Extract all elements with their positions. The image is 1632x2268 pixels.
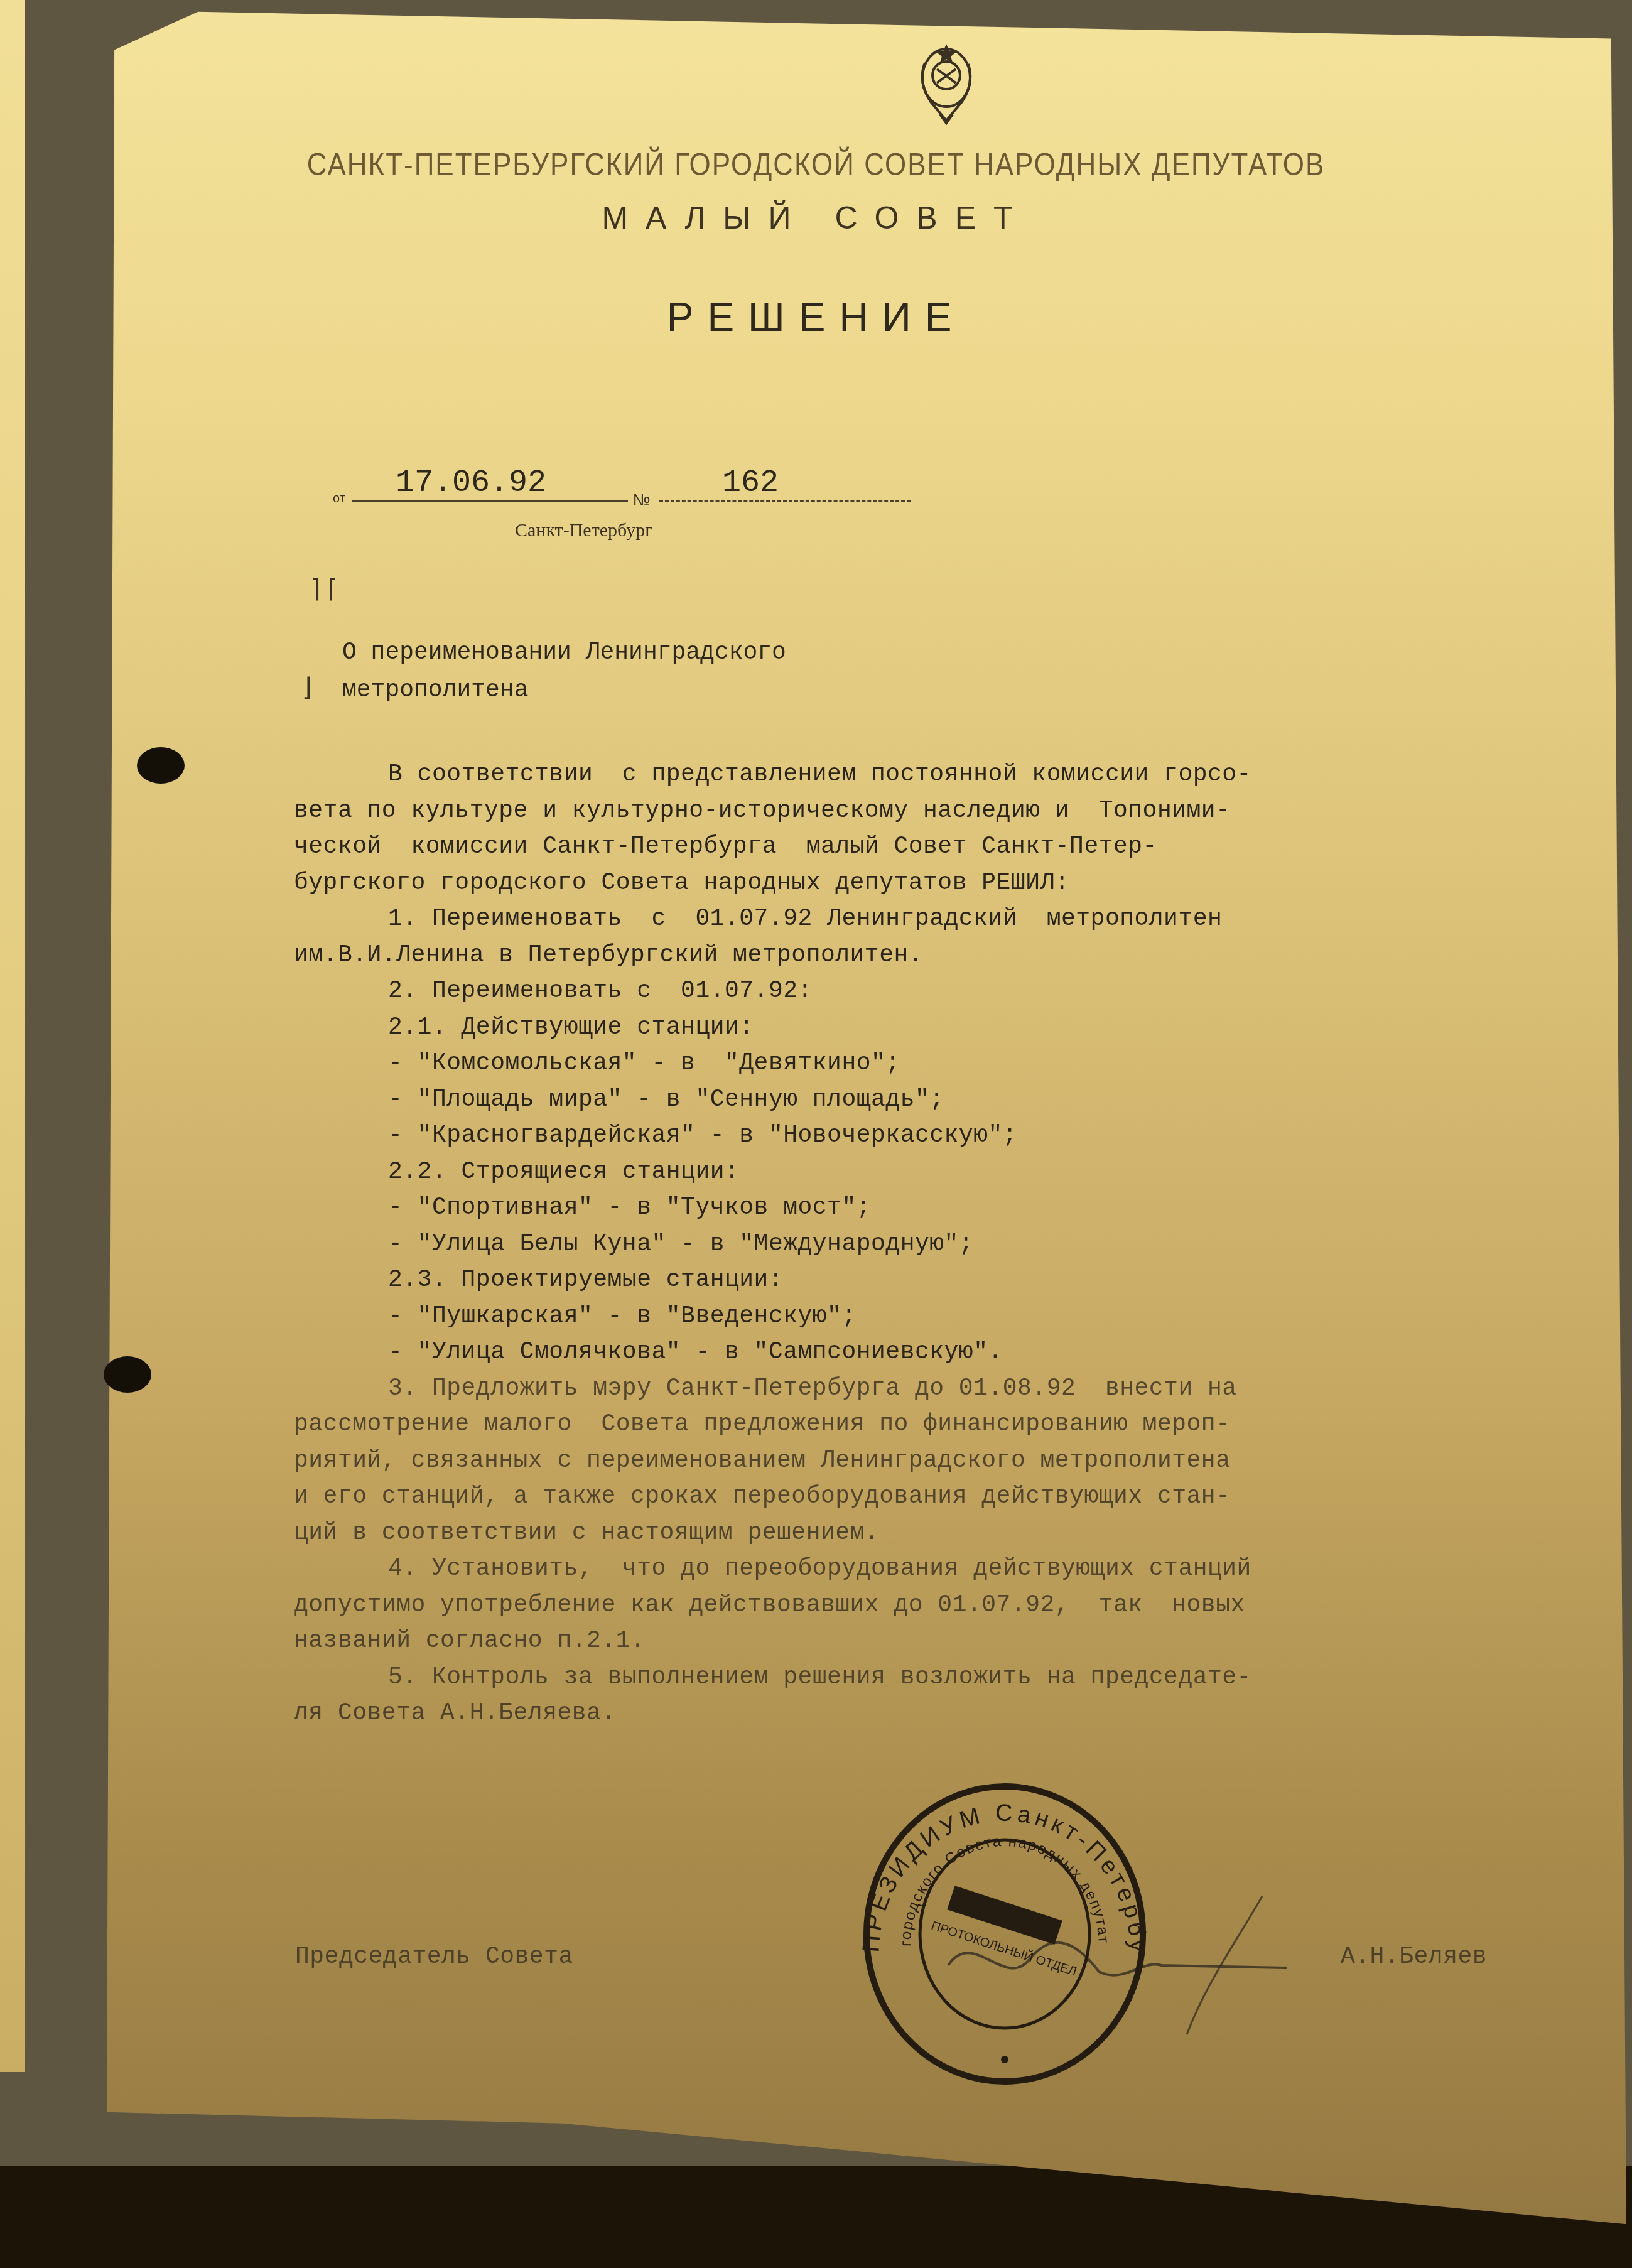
body-line: - "Комсомольская" - в "Девяткино"; — [388, 1050, 900, 1077]
council-name: МАЛЫЙ СОВЕТ — [0, 200, 1632, 236]
body-line: вета по культуре и культурно-историческо… — [294, 797, 1230, 824]
body-line: - "Спортивная" - в "Тучков мост"; — [388, 1194, 871, 1221]
body-line: В соответствии с представлением постоянн… — [388, 761, 1251, 788]
body-line: названий согласно п.2.1. — [294, 1628, 645, 1655]
signatory-name: А.Н.Беляев — [1341, 1943, 1487, 1970]
body-line: бургского городского Совета народных деп… — [294, 870, 1069, 897]
body-line: 4. Установить, что до переоборудования д… — [388, 1555, 1251, 1582]
body-line: - "Площадь мира" - в "Сенную площадь"; — [388, 1086, 944, 1113]
date-number-row: от 17.06.92 № 162 — [333, 462, 898, 512]
signatory-title: Председатель Совета — [295, 1943, 573, 1970]
document-title: РЕШЕНИЕ — [0, 294, 1632, 340]
body-line: им.В.И.Ленина в Петербургский метрополит… — [294, 942, 923, 969]
body-line: ля Совета А.Н.Беляева. — [294, 1700, 616, 1727]
decision-date: 17.06.92 — [396, 465, 546, 501]
corner-mark-top: ⌉⌈ — [309, 575, 339, 605]
coat-of-arms-icon — [912, 39, 981, 127]
body-line: ций в соответствии с настоящим решением. — [294, 1520, 879, 1547]
body-line: - "Пушкарская" - в "Введенскую"; — [388, 1303, 857, 1330]
number-label: № — [633, 490, 651, 510]
corner-mark-bottom: ⌋ — [300, 673, 315, 704]
organization-name: САНКТ-ПЕТЕРБУРГСКИЙ ГОРОДСКОЙ СОВЕТ НАРО… — [0, 147, 1632, 183]
decision-number: 162 — [722, 465, 779, 501]
subject-line-1: О переименовании Ленинградского — [342, 639, 786, 666]
subject-line-2: метрополитена — [342, 677, 528, 704]
city-name: Санкт-Петербург — [515, 520, 653, 541]
official-seal-stamp: ПРЕЗИДИУМ Санкт-Петербургского городског… — [841, 1764, 1168, 2091]
body-line: 2.2. Строящиеся станции: — [388, 1158, 739, 1185]
punch-hole — [137, 747, 185, 784]
punch-hole — [104, 1356, 151, 1393]
body-line: допустимо употребление как действовавших… — [294, 1592, 1245, 1619]
body-line: ческой комиссии Санкт-Петербурга малый С… — [294, 833, 1157, 860]
body-line: 1. Переименовать с 01.07.92 Ленинградски… — [388, 905, 1222, 932]
body-line: рассмотрение малого Совета предложения п… — [294, 1411, 1230, 1438]
body-line: 2.1. Действующие станции: — [388, 1014, 754, 1041]
number-underline — [659, 500, 911, 502]
body-line: 5. Контроль за выполнением решения возло… — [388, 1664, 1251, 1691]
body-line: 2.3. Проектируемые станции: — [388, 1266, 783, 1293]
body-line: и его станций, а также сроках переоборуд… — [294, 1483, 1230, 1510]
body-line: - "Красногвардейская" - в "Новочеркасску… — [388, 1122, 1017, 1149]
body-line: 2. Переименовать с 01.07.92: — [388, 978, 813, 1005]
date-label: от — [333, 492, 345, 506]
body-line: риятий, связанных с переименованием Лени… — [294, 1447, 1230, 1474]
body-line: - "Улица Смолячкова" - в "Сампсониевскую… — [388, 1339, 1003, 1366]
body-line: 3. Предложить мэру Санкт-Петербурга до 0… — [388, 1375, 1237, 1402]
body-line: - "Улица Белы Куна" - в "Международную"; — [388, 1231, 973, 1258]
